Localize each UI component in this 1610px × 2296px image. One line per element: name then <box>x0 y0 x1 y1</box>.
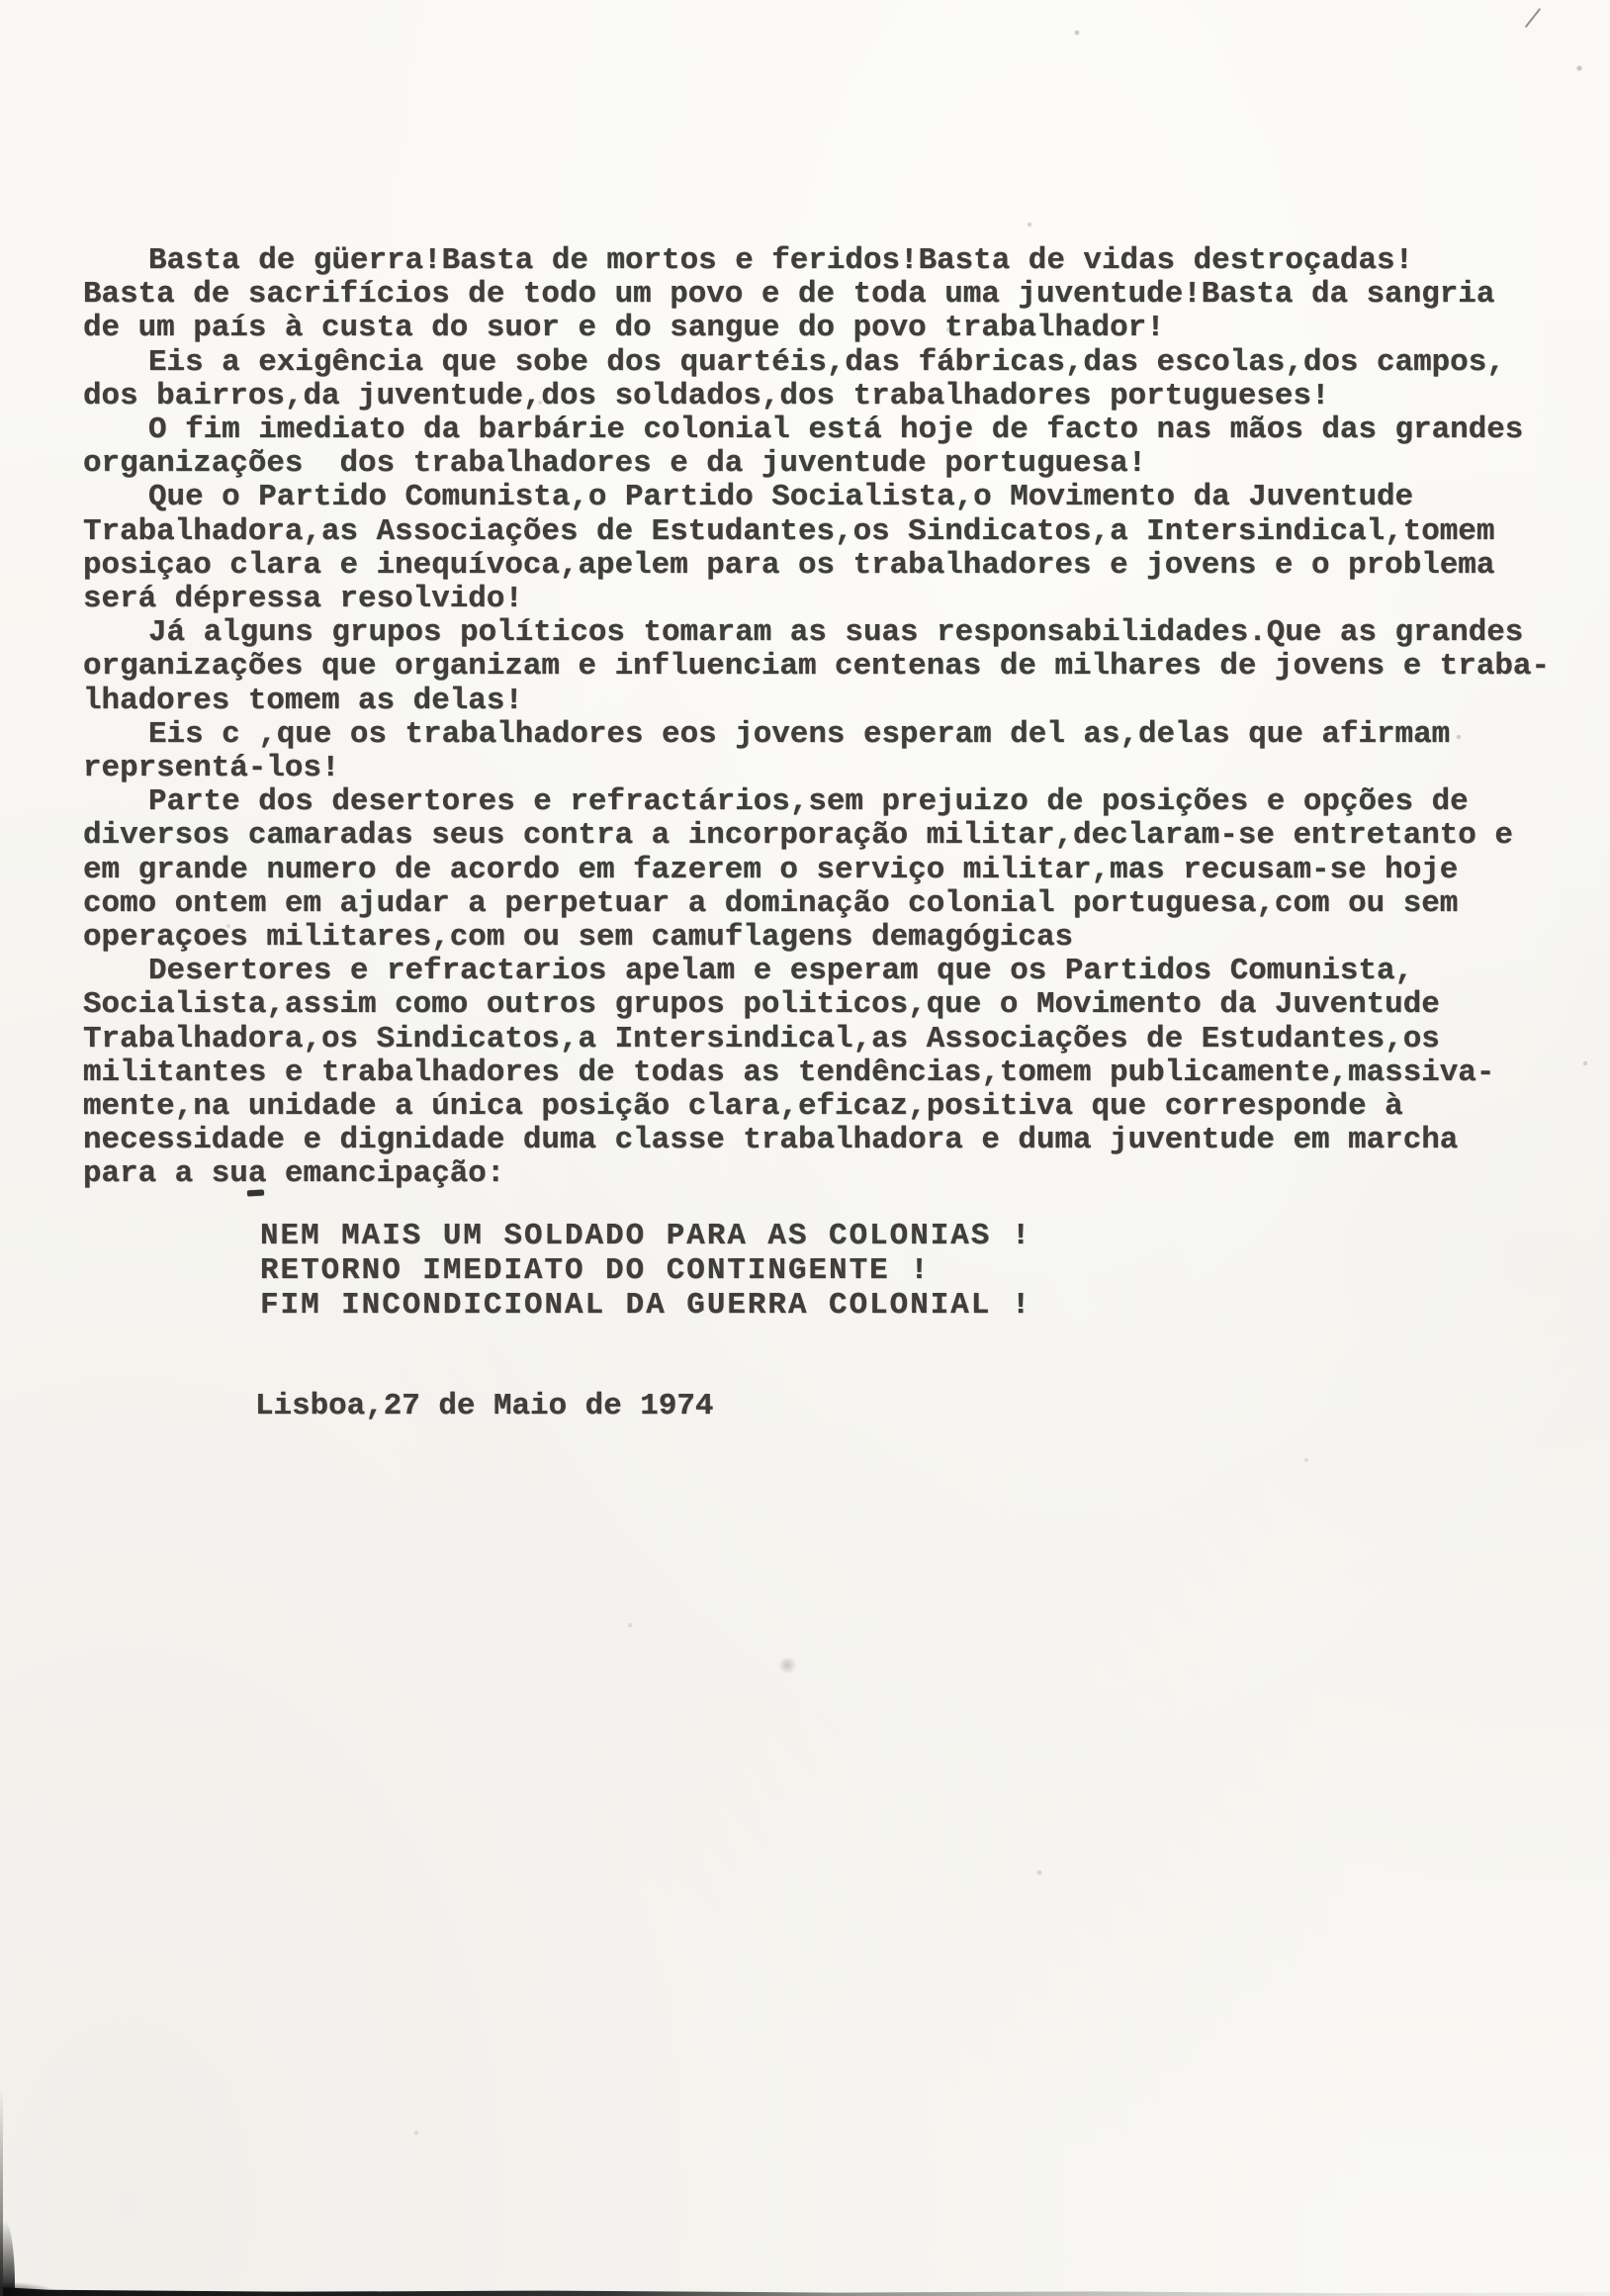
text-line: para a sua emancipação: <box>83 1157 1550 1191</box>
text-line: de um país à custa do suor e do sangue d… <box>83 312 1550 345</box>
text-line: como ontem em ajudar a perpetuar a domin… <box>83 887 1550 921</box>
text-line: Já alguns grupos políticos tomaram as su… <box>83 616 1550 650</box>
slogans-block: NEM MAIS UM SOLDADO PARA AS COLONIAS !RE… <box>260 1219 1031 1323</box>
text-line: reprsentá-los! <box>83 752 1550 785</box>
text-line: lhadores tomem as delas! <box>83 685 1550 718</box>
slogan-line: NEM MAIS UM SOLDADO PARA AS COLONIAS ! <box>260 1219 1031 1253</box>
text-line: necessidade e dignidade duma classe trab… <box>83 1124 1550 1157</box>
text-line: Eis c ,que os trabalhadores eos jovens e… <box>83 718 1550 752</box>
text-line: Que o Partido Comunista,o Partido Social… <box>83 481 1550 514</box>
text-line: organizações dos trabalhadores e da juve… <box>83 447 1550 481</box>
text-line: militantes e trabalhadores de todas as t… <box>83 1056 1550 1090</box>
text-line: posiçao clara e inequívoca,apelem para o… <box>83 549 1550 583</box>
body-text-block: Basta de güerra!Basta de mortos e ferido… <box>83 244 1550 1192</box>
slogan-line: RETORNO IMEDIATO DO CONTINGENTE ! <box>260 1253 1031 1288</box>
text-line: O fim imediato da barbárie colonial está… <box>83 413 1550 447</box>
scanned-typewritten-page: Basta de güerra!Basta de mortos e ferido… <box>0 0 1610 2296</box>
slogan-line: FIM INCONDICIONAL DA GUERRA COLONIAL ! <box>260 1288 1031 1323</box>
text-line: mente,na unidade a única posição clara,e… <box>83 1090 1550 1124</box>
text-line: diversos camaradas seus contra a incorpo… <box>83 819 1550 853</box>
text-line: Trabalhadora,as Associações de Estudante… <box>83 515 1550 549</box>
text-line: operaçoes militares,com ou sem camuflage… <box>83 921 1550 955</box>
text-line: organizações que organizam e influenciam… <box>83 650 1550 684</box>
text-line: Eis a exigência que sobe dos quartéis,da… <box>83 346 1550 380</box>
scan-artifact-smudge <box>779 1658 797 1674</box>
dash-mark <box>247 1190 264 1197</box>
scan-artifact-specks <box>0 0 2 2</box>
text-line: Basta de sacrifícios de todo um povo e d… <box>83 278 1550 312</box>
text-line: Desertores e refractarios apelam e esper… <box>83 955 1550 988</box>
text-line: será dépressa resolvido! <box>83 583 1550 616</box>
text-line: Socialista,assim como outros grupos poli… <box>83 988 1550 1022</box>
text-line: em grande numero de acordo em fazerem o … <box>83 854 1550 887</box>
text-line: dos bairros,da juventude,dos soldados,do… <box>83 380 1550 413</box>
dateline: Lisboa,27 de Maio de 1974 <box>255 1389 713 1424</box>
scan-artifact-bottom-edge <box>0 2287 1610 2296</box>
scan-artifact-topright-mark <box>1525 8 1541 28</box>
scan-artifact-left-edge <box>0 2088 3 2296</box>
text-line: Trabalhadora,os Sindicatos,a Intersindic… <box>83 1023 1550 1056</box>
text-line: Parte dos desertores e refractários,sem … <box>83 785 1550 819</box>
text-line: Basta de güerra!Basta de mortos e ferido… <box>83 244 1550 278</box>
scan-artifact-corner-foot <box>0 2282 59 2296</box>
